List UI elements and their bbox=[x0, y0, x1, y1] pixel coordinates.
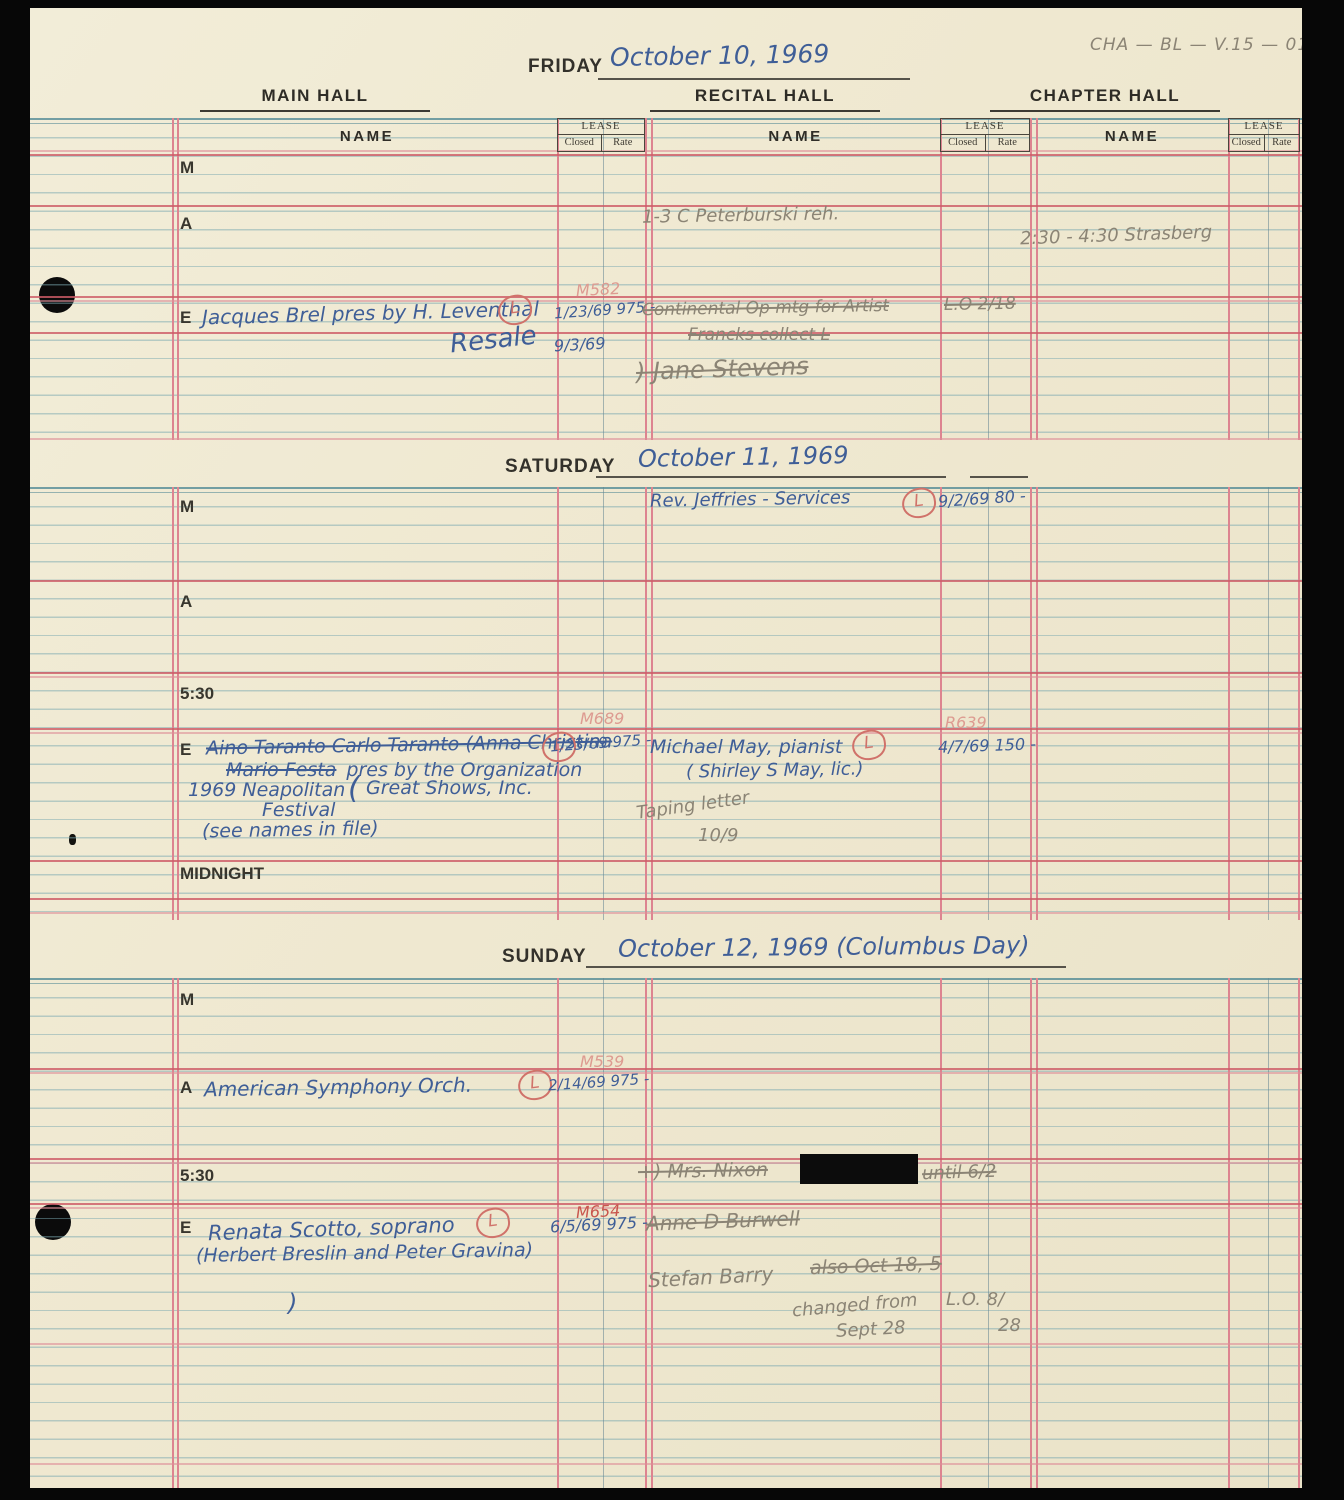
rule-line bbox=[30, 860, 1302, 862]
rule-line bbox=[30, 1343, 1302, 1345]
rule-line bbox=[30, 912, 1302, 914]
day-label-saturday: SATURDAY bbox=[505, 456, 615, 478]
struck-until-note: until 6/2 bbox=[922, 1162, 997, 1184]
row-label-530: 5:30 bbox=[180, 1166, 214, 1186]
struck-collect-note: Francks collect L bbox=[688, 326, 830, 345]
lo-note-2: 28 bbox=[998, 1316, 1021, 1336]
lease-number: M539 bbox=[580, 1053, 624, 1071]
name-header-main: NAME bbox=[177, 128, 557, 145]
name-header-chapter: NAME bbox=[1036, 128, 1228, 145]
scanned-ledger-page: { "page": { "code": "CHA — BL — V.15 — 0… bbox=[0, 0, 1344, 1500]
entry-recital-afternoon: 1-3 C Peterburski reh. bbox=[642, 204, 840, 227]
closed-label: Closed bbox=[941, 135, 986, 151]
neapolitan-text: 1969 Neapolitan bbox=[188, 780, 345, 801]
lease-number: R639 bbox=[945, 714, 987, 732]
rule-line bbox=[30, 580, 1302, 582]
paren-mark: ) bbox=[288, 1290, 297, 1316]
rule-line bbox=[30, 332, 1302, 334]
entry-recital-morning: Rev. Jeffries - Services bbox=[650, 488, 851, 511]
row-label-e: E bbox=[180, 740, 191, 760]
lease-label: LEASE bbox=[941, 119, 1029, 135]
rule-line bbox=[30, 1203, 1302, 1205]
date-friday: October 10, 1969 bbox=[610, 40, 830, 71]
taping-date: 10/9 bbox=[698, 826, 738, 846]
struck-also-oct-note: also Oct 18, 5 bbox=[810, 1254, 942, 1279]
rule-line bbox=[30, 1072, 1302, 1074]
struck-jane-stevens: ) Jane Stevens bbox=[636, 353, 809, 385]
archive-code: CHA — BL — V.15 — 015 bbox=[1090, 36, 1302, 55]
rule-line bbox=[30, 728, 1302, 730]
rule-line bbox=[30, 154, 1302, 156]
row-label-e: E bbox=[180, 308, 191, 328]
rule-line bbox=[30, 672, 1302, 674]
rule-line bbox=[30, 676, 1302, 678]
row-label-m: M bbox=[180, 990, 194, 1010]
redaction-mark bbox=[800, 1154, 918, 1184]
closed-label: Closed bbox=[558, 135, 602, 151]
day-label-friday: FRIDAY bbox=[528, 56, 603, 78]
struck-lo-note: L.O 2/18 bbox=[944, 294, 1016, 315]
rule-line bbox=[30, 898, 1302, 900]
row-label-a: A bbox=[180, 214, 192, 234]
lease-date-rate: 4/7/69 150 - bbox=[938, 735, 1037, 756]
hall-title-main: MAIN HALL bbox=[200, 86, 430, 112]
lease-number: M689 bbox=[580, 710, 624, 728]
grid-verticals-friday bbox=[30, 118, 1302, 440]
rule-line bbox=[30, 296, 1302, 298]
day-label-sunday: SUNDAY bbox=[502, 946, 587, 968]
brace-mark: ( bbox=[348, 772, 360, 805]
date-saturday: October 11, 1969 bbox=[638, 442, 849, 472]
struck-nixon-text: +) Mrs. Nixon bbox=[638, 1160, 768, 1183]
rule-line bbox=[30, 732, 1302, 734]
row-label-m: M bbox=[180, 158, 194, 178]
ledger-paper: CHA — BL — V.15 — 015 FRIDAY October 10,… bbox=[30, 8, 1302, 1488]
date-underline-friday bbox=[598, 78, 910, 80]
rule-line bbox=[30, 150, 1302, 152]
date-sunday: October 12, 1969 (Columbus Day) bbox=[618, 932, 1030, 962]
lease-header-main: LEASE ClosedRate bbox=[557, 118, 645, 152]
hall-title-chapter: CHAPTER HALL bbox=[990, 86, 1220, 112]
row-label-530: 5:30 bbox=[180, 684, 214, 704]
date-underline-sunday bbox=[586, 966, 1066, 968]
resale-date: 9/3/69 bbox=[554, 335, 606, 355]
row-label-midnight: MIDNIGHT bbox=[180, 864, 264, 884]
row-label-a: A bbox=[180, 592, 192, 612]
row-label-m: M bbox=[180, 497, 194, 517]
licensee-note: ( Shirley S May, lic.) bbox=[686, 759, 864, 782]
rate-label: Rate bbox=[1265, 135, 1300, 151]
date-underline-saturday bbox=[596, 476, 946, 478]
rule-line bbox=[30, 1158, 1302, 1160]
lease-label: LEASE bbox=[558, 119, 644, 135]
rule-line bbox=[30, 1068, 1302, 1070]
struck-burwell-text: Anne D Burwell bbox=[646, 1207, 801, 1234]
rate-label: Rate bbox=[986, 135, 1030, 151]
struck-mario-festa: Mario Festa bbox=[226, 759, 336, 781]
name-header-recital: NAME bbox=[651, 128, 940, 145]
row-label-e: E bbox=[180, 1218, 191, 1238]
entry-main-afternoon: American Symphony Orch. bbox=[204, 1074, 472, 1101]
rule-line bbox=[30, 1207, 1302, 1209]
rule-line bbox=[30, 438, 1302, 440]
entry-recital-evening: Michael May, pianist bbox=[650, 737, 842, 758]
closed-label: Closed bbox=[1229, 135, 1265, 151]
date-underline-saturday-2 bbox=[970, 476, 1028, 478]
lease-label: LEASE bbox=[1229, 119, 1299, 135]
lease-header-chapter: LEASE ClosedRate bbox=[1228, 118, 1300, 152]
rate-label: Rate bbox=[602, 135, 645, 151]
hall-title-recital: RECITAL HALL bbox=[650, 86, 880, 112]
rule-line bbox=[30, 1463, 1302, 1465]
lease-header-recital: LEASE ClosedRate bbox=[940, 118, 1030, 152]
lease-number: M582 bbox=[576, 280, 621, 300]
row-label-a: A bbox=[180, 1078, 192, 1098]
great-shows-text: Great Shows, Inc. bbox=[366, 778, 533, 799]
see-names-note: (see names in file) bbox=[202, 818, 379, 842]
lo-note: L.O. 8/ bbox=[946, 1290, 1004, 1310]
sept-28-note: Sept 28 bbox=[836, 1318, 907, 1341]
grid-verticals-saturday bbox=[30, 487, 1302, 920]
